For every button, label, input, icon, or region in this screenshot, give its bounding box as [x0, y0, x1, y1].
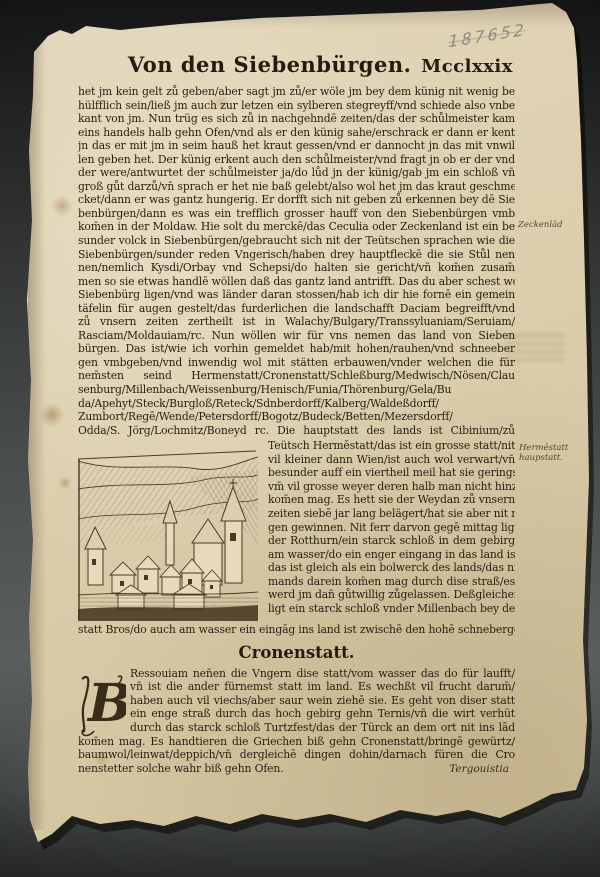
text-line: nem̄sten seind Hermenstatt/Cronenstatt/S…	[78, 369, 515, 383]
page-header: Von den Siebenbürgen. Mcclxxix	[78, 52, 515, 77]
section-heading-cronenstatt: Cronenstatt.	[78, 643, 515, 665]
text-line: da/Apehyt/Steck/Burgloß/Reteck/Sdnberdor…	[78, 397, 515, 411]
text-line: senburg/Millenbach/Weissenburg/Henisch/F…	[78, 383, 515, 397]
text-line: jn das er mit jm in seim hauß het kraut …	[78, 139, 515, 153]
stain	[58, 476, 72, 490]
wrap-section: Teütsch Hermēstatt/das ist ein grosse st…	[78, 439, 515, 637]
margin-note-line: haupstatt.	[519, 453, 589, 463]
text-line: ein enge straß durch das hoch gebirg geh…	[130, 707, 515, 721]
text-line: kant von jm. Nun trüg es sich zů in nach…	[78, 112, 515, 126]
text-line: bürgen. Das ist/wie ich vorhin gemeldet …	[78, 342, 515, 356]
text-line: durch das starck schloß Turtzfest/das de…	[130, 721, 515, 735]
text-line: sunder volck in Siebenbürgen/gebraucht s…	[78, 234, 515, 248]
text-line: täfelin für augen gestelt/das furderlich…	[78, 302, 515, 316]
stain	[50, 196, 74, 216]
text-line: men so sie etwas handlē wöllen daß das g…	[78, 275, 515, 289]
text-line: Siebenbürg ligen/vnd was länder daran st…	[78, 288, 515, 302]
margin-note-zeckenland: Zeckenlād	[518, 220, 588, 230]
text-line: baumwol/leinwat/deppich/vn̄ dergleichē d…	[78, 748, 515, 762]
text-line: het jm kein gelt zů geben/aber sagt jm z…	[78, 85, 515, 99]
text-line: benbürgen/dann es was ein trefflich gros…	[78, 207, 515, 221]
text-line: der Rotthurn/ein starck schloß in dem ge…	[268, 534, 515, 548]
text-line: kom̄en mag. Es handtieren die Griechen b…	[78, 735, 515, 749]
text-line: der were/antwurtet der schůlmeister ja/d…	[78, 166, 515, 180]
text-line: zeiten siebē jar lang belägert/hat sie a…	[268, 507, 515, 521]
paragraph-2-indented-lines: Ressouiam nen̄en die Vngern dise statt/v…	[78, 667, 515, 735]
svg-text:B: B	[86, 673, 126, 734]
text-line: mands darein kom̄en mag durch dise straß…	[268, 575, 515, 589]
page-title: Von den Siebenbürgen.	[78, 52, 421, 77]
paragraph-2: B Ressouiam nen̄en die Vngern dise statt…	[78, 667, 515, 775]
text-line: Siebenbürgen/sunder reden Vngerisch/habe…	[78, 248, 515, 262]
text-line: besunder auff ein viertheil meil hat sie…	[268, 466, 515, 480]
text-line: Zumbort/Regē/Wende/Petersdorff/Bogotz/Bu…	[78, 410, 515, 424]
woodcut-town-view	[78, 449, 258, 621]
text-line: am wasser/do ein enger eingang in das la…	[268, 548, 515, 562]
text-line: ligt ein starck schloß vnder Millenbach …	[268, 602, 515, 616]
margin-note-line: Hermēstatt	[519, 443, 589, 453]
after-image-line: statt Bros/do auch am wasser ein eingāg …	[78, 623, 515, 637]
text-line: Teütsch Hermēstatt/das ist ein grosse st…	[268, 439, 515, 453]
text-line: gen vmbgeben/vnd inwendig wol mit stätte…	[78, 356, 515, 370]
book-page: 187652 Von den Siebenbürgen. Mcclxxix Ze…	[0, 0, 600, 877]
text-line: haben auch vil viechs/aber saur wein zie…	[130, 694, 515, 708]
text-line: len geben het. Der künig erkent auch den…	[78, 153, 515, 167]
folio-number: Mcclxxix	[421, 56, 515, 77]
text-line: nen/nemlich Kysdi/Orbay vnd Schepsi/do h…	[78, 261, 515, 275]
text-line: kom̄en in der Moldaw. Hie solt du merckē…	[78, 220, 515, 234]
text-line: gen gewinnen. Nit ferr darvon gegē mitta…	[268, 521, 515, 535]
text-line: Odda/S. Jörg/Lochmitz/Boneyd rc. Die hau…	[78, 424, 515, 438]
text-line: cket/dann er was gantz hungerig. Er dorf…	[78, 193, 515, 207]
paragraph-1: het jm kein gelt zů geben/aber sagt jm z…	[78, 85, 515, 437]
town-woodcut-illustration	[78, 449, 258, 621]
text-line: Ressouiam nen̄en die Vngern dise statt/v…	[130, 667, 515, 681]
text-line: vil kleiner dann Wien/ist auch wol verwa…	[268, 453, 515, 467]
text-line: zů vnsern zeiten zertheilt ist in Walach…	[78, 315, 515, 329]
body-text: het jm kein gelt zů geben/aber sagt jm z…	[78, 85, 515, 775]
text-line: groß gůt darzů/vn̄ sprach er het nie baß…	[78, 180, 515, 194]
text-line: das ist gleich als ein bolwerck des land…	[268, 561, 515, 575]
text-line: hülfflich sein/ließ jm auch zur letzen e…	[78, 99, 515, 113]
text-line: vn̄ ist die ander fürnemst statt im land…	[130, 680, 515, 694]
text-line: werd jm dan̄ gůtwillig zůgelassen. Deßgl…	[268, 588, 515, 602]
decorative-initial: B	[78, 669, 126, 737]
text-line: eins handels halb gehn Ofen/vnd als er d…	[78, 126, 515, 140]
margin-note-hermenstatt: Hermēstatt haupstatt.	[519, 443, 589, 463]
text-line: Rasciam/Moldauiam/rc. Nun wöllen wir für…	[78, 329, 515, 343]
text-line: vm̄ vil grosse weyer deren halb man nich…	[268, 480, 515, 494]
text-line: kom̄en mag. Es hett sie der Weydan zů vn…	[268, 493, 515, 507]
